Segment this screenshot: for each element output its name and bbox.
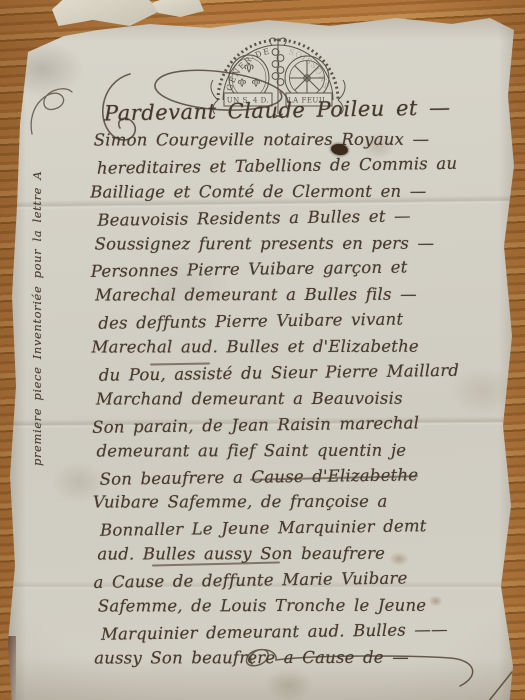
manuscript-line: Bailliage et Comté de Clermont en — xyxy=(90,181,499,208)
manuscript-line: Vuibare Safemme, de françoise a xyxy=(93,492,502,519)
manuscript-line: hereditaires et Tabellions de Commis au xyxy=(97,153,499,185)
manuscript-line: Soussignez furent presents en pers — xyxy=(95,233,500,260)
table-edge-shadow xyxy=(0,636,16,700)
manuscript-line: demeurant au fief Saint quentin je xyxy=(96,440,501,467)
margin-annotation: premiere piece Inventoriée pour la lettr… xyxy=(30,130,50,466)
torn-paper-fragment xyxy=(52,0,160,26)
manuscript-line: Bonnaller Le Jeune Marquinier demt xyxy=(100,516,502,548)
manuscript-body: Simon Courgeville notaires Royaux —hered… xyxy=(94,128,504,675)
manuscript-line: Beauvoisis Residents a Bulles et — xyxy=(97,205,499,237)
manuscript-line: Marchand demeurant a Beauvoisis xyxy=(96,388,501,415)
manuscript-line: Simon Courgeville notaires Royaux — xyxy=(94,129,499,156)
manuscript-line: des deffunts Pierre Vuibare vivant xyxy=(98,308,500,340)
manuscript-line: Personnes Pierre Vuibare garçon et xyxy=(91,257,500,289)
manuscript-line: Safemme, de Louis Tronche le Jeune xyxy=(98,595,503,622)
photo-scene: UN S. 4 D. LA FEUIL. GENER·DE SOISSONS P… xyxy=(0,0,525,700)
closing-flourish-icon xyxy=(222,640,514,700)
document-paper: UN S. 4 D. LA FEUIL. GENER·DE SOISSONS P… xyxy=(0,6,525,700)
manuscript-line: a Cause de deffunte Marie Vuibare xyxy=(93,567,502,599)
manuscript-line: Marechal aud. Bulles et d'Elizabethe xyxy=(92,337,501,364)
manuscript-line: Marechal demeurant a Bulles fils — xyxy=(95,285,500,312)
torn-paper-fragment xyxy=(152,0,204,17)
manuscript-line: aud. Bulles aussy Son beaufrere xyxy=(97,544,502,571)
manuscript-line: Son parain, de Jean Raisin marechal xyxy=(92,412,501,444)
margin-paraph-icon xyxy=(24,82,76,144)
